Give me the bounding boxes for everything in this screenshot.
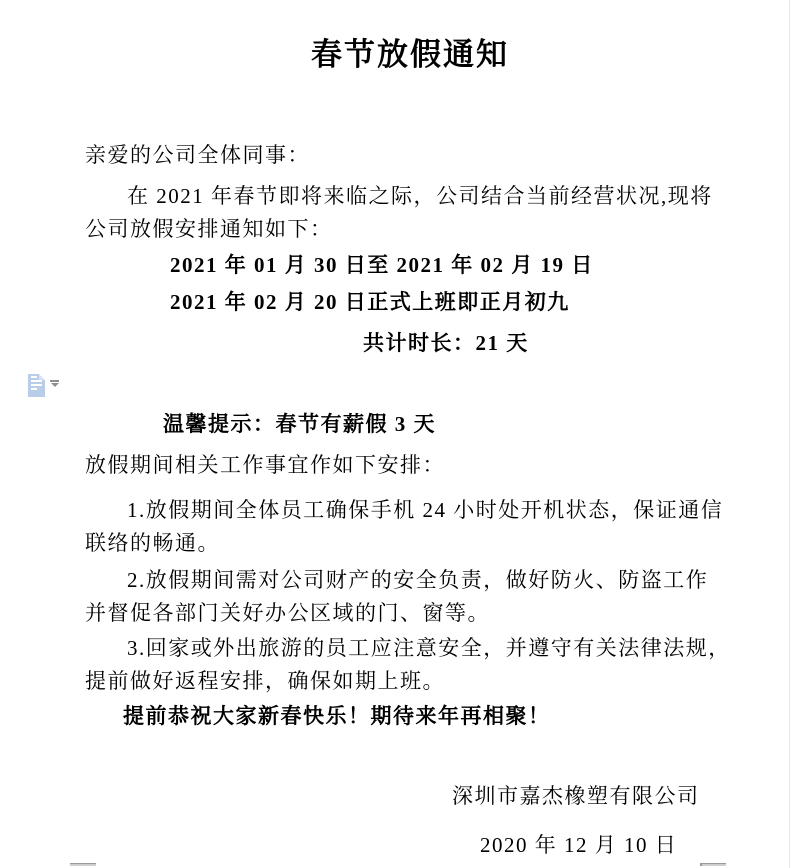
document-title: 春节放假通知 <box>85 33 735 77</box>
tip-line: 温馨提示：春节有薪假 3 天 <box>163 408 436 441</box>
item-3-line-2: 提前做好返程安排，确保如期上班。 <box>85 665 741 698</box>
item-3-line-1: 3.回家或外出旅游的员工应注意安全，并遵守有关法律法规， <box>85 632 741 665</box>
page-edge-divider <box>789 0 790 868</box>
item-1-line-2: 联络的畅通。 <box>85 527 741 560</box>
paste-options-button[interactable] <box>27 372 61 400</box>
arrangement-heading: 放假期间相关工作事宜作如下安排： <box>85 449 445 482</box>
chevron-down-icon[interactable] <box>50 380 59 388</box>
holiday-duration-line: 共计时长：21 天 <box>363 327 529 360</box>
intro-line-1: 在 2021 年春节即将来临之际，公司结合当前经营状况,现将 <box>85 180 741 213</box>
bottom-artifact-left <box>70 863 96 866</box>
closing-line: 提前恭祝大家新春快乐！期待来年再相聚！ <box>123 700 551 733</box>
item-2-line-2: 并督促各部门关好办公区域的门、窗等。 <box>85 597 741 630</box>
intro-line-2: 公司放假安排通知如下： <box>85 213 741 246</box>
paste-options-icon <box>28 374 45 397</box>
signature-company: 深圳市嘉杰橡塑有限公司 <box>452 780 700 813</box>
document-page: 春节放假通知 亲爱的公司全体同事： 在 2021 年春节即将来临之际，公司结合当… <box>0 0 793 868</box>
intro-paragraph: 在 2021 年春节即将来临之际，公司结合当前经营状况,现将 公司放假安排通知如… <box>85 180 741 246</box>
holiday-range-line: 2021 年 01 月 30 日至 2021 年 02 月 19 日 <box>170 249 594 282</box>
salutation-line: 亲爱的公司全体同事： <box>85 139 310 172</box>
signature-date: 2020 年 12 月 10 日 <box>480 829 677 862</box>
bottom-artifact-right <box>700 863 726 866</box>
arrangement-item-2: 2.放假期间需对公司财产的安全负责，做好防火、防盗工作 并督促各部门关好办公区域… <box>85 564 741 630</box>
item-1-line-1: 1.放假期间全体员工确保手机 24 小时处开机状态，保证通信 <box>85 494 741 527</box>
arrangement-item-3: 3.回家或外出旅游的员工应注意安全，并遵守有关法律法规， 提前做好返程安排，确保… <box>85 632 741 698</box>
item-2-line-1: 2.放假期间需对公司财产的安全负责，做好防火、防盗工作 <box>85 564 741 597</box>
arrangement-item-1: 1.放假期间全体员工确保手机 24 小时处开机状态，保证通信 联络的畅通。 <box>85 494 741 560</box>
back-to-work-line: 2021 年 02 月 20 日正式上班即正月初九 <box>170 286 570 319</box>
